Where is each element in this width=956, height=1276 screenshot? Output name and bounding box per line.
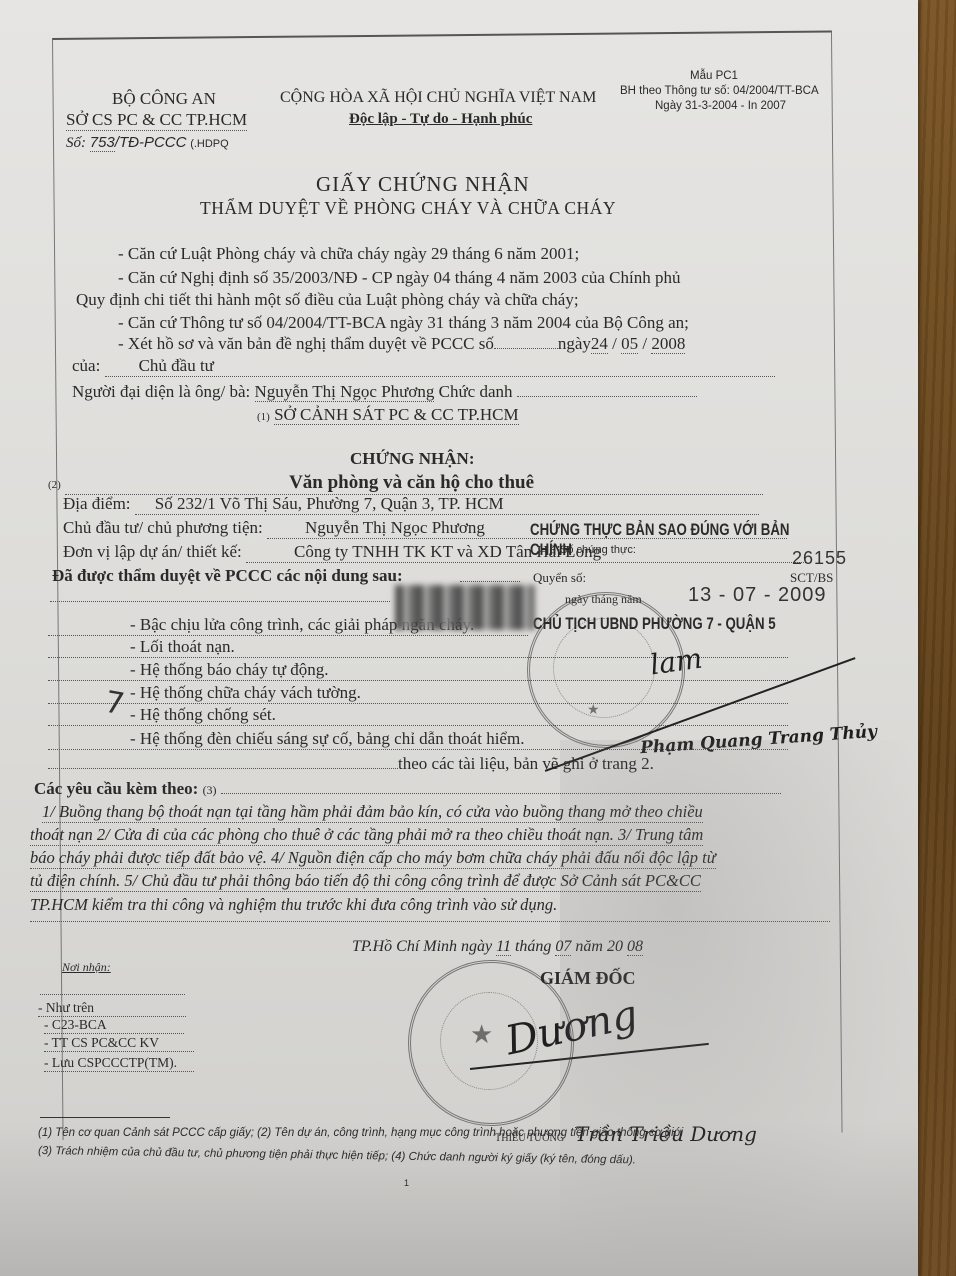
certificate-title: GIẤY CHỨNG NHẬN	[316, 172, 530, 197]
dossier-month: 05	[621, 334, 638, 354]
dotted-line	[460, 580, 520, 582]
republic-name: CỘNG HÒA XÃ HỘI CHỦ NGHĨA VIỆT NAM	[280, 89, 596, 107]
dossier-text: - Xét hồ sơ và văn bản đề nghị thẩm duyệ…	[118, 334, 494, 353]
notary-cert-label: Số chứng thực:	[560, 544, 636, 556]
date-label: ngày	[558, 334, 591, 353]
item-text: - Hệ thống chống sét.	[130, 705, 276, 724]
project-row: (2) Văn phòng và căn hộ cho thuê	[48, 472, 763, 495]
location-value: Số 232/1 Võ Thị Sáu, Phường 7, Quận 3, T…	[155, 494, 504, 513]
location-field: Số 232/1 Võ Thị Sáu, Phường 7, Quận 3, T…	[135, 494, 759, 515]
item-text: - Hệ thống chữa cháy vách tường.	[130, 683, 361, 702]
notary-date: 13 - 07 - 2009	[688, 584, 827, 607]
project-name: Văn phòng và căn hộ cho thuê	[289, 472, 534, 493]
requirement-line-5: TP.HCM kiểm tra thi công và nghiệm thu t…	[30, 895, 557, 915]
project-note: (2)	[48, 479, 61, 491]
certificate-document: BỘ CÔNG AN SỞ CS PC & CC TP.HCM Số: 753/…	[0, 0, 918, 1276]
number-label: Số:	[66, 135, 86, 151]
star-icon: ★	[470, 1020, 493, 1050]
ward-seal-inner	[553, 618, 655, 718]
of-label: của:	[72, 356, 100, 375]
representative-row: Người đại diện là ông/ bà: Nguyễn Thị Ng…	[72, 382, 697, 402]
recipient-1: - Như trên	[38, 1000, 186, 1017]
recipient-3: - TT CS PC&CC KV	[44, 1035, 194, 1052]
designer-label: Đơn vị lập dự án/ thiết kế:	[63, 542, 242, 561]
certificate-subtitle: THẨM DUYỆT VỀ PHÒNG CHÁY VÀ CHỮA CHÁY	[200, 198, 616, 219]
requirements-label: Các yêu cầu kèm theo:	[34, 779, 198, 798]
recipient-4: - Lưu CSPCCCTP(TM).	[44, 1055, 194, 1072]
rep-label: Người đại diện là ông/ bà:	[72, 382, 250, 401]
star-icon: ★	[587, 702, 600, 719]
number-note: (.HDPQ	[190, 138, 229, 150]
location-label: Địa điểm:	[63, 494, 131, 513]
approved-label: Đã được thẩm duyệt về PCCC các nội dung …	[52, 566, 403, 586]
ministry-name: BỘ CÔNG AN	[112, 89, 216, 109]
footnote-divider	[40, 1117, 170, 1118]
owner-label: Chủ đầu tư/ chủ phương tiện:	[63, 518, 263, 537]
department-name: SỞ CS PC & CC TP.HCM	[66, 110, 247, 131]
notary-cert-number: 26155	[792, 548, 847, 569]
dossier-year: 2008	[651, 334, 685, 354]
redacted-area	[395, 585, 535, 630]
legal-basis-3: Quy định chi tiết thi hành một số điều c…	[76, 290, 579, 310]
month-label: tháng	[515, 938, 551, 955]
location-row: Địa điểm: Số 232/1 Võ Thị Sáu, Phường 7,…	[63, 494, 759, 515]
issuing-authority: (1) SỞ CẢNH SÁT PC & CC TP.HCM	[257, 405, 519, 425]
item-text: - Hệ thống đèn chiếu sáng sự cố, bảng ch…	[130, 729, 524, 748]
place-date-label: TP.Hồ Chí Minh ngày	[352, 938, 492, 955]
form-basis: BH theo Thông tư số: 04/2004/TT-BCA	[620, 85, 819, 97]
of-value-field: Chủ đầu tư	[105, 356, 775, 377]
legal-basis-1: - Căn cứ Luật Phòng cháy và chữa cháy ng…	[118, 244, 579, 264]
of-value: Chủ đầu tư	[139, 356, 214, 375]
legal-basis-5: - Xét hồ sơ và văn bản đề nghị thẩm duyệ…	[118, 334, 685, 354]
item-text: - Lối thoát nạn.	[130, 637, 235, 656]
dotted-line	[50, 600, 390, 602]
form-code: Mẫu PC1	[690, 70, 738, 82]
dossier-day: 24	[591, 334, 608, 354]
position-label: Chức danh	[439, 382, 513, 401]
document-number: Số: 753/TĐ-PCCC (.HDPQ	[66, 134, 229, 152]
requirements-note: (3)	[203, 783, 217, 797]
rep-value: Nguyễn Thị Ngọc Phương	[255, 382, 435, 402]
notary-book-label: Quyển số:	[533, 570, 586, 586]
dotted-line	[40, 993, 185, 995]
legal-basis-2: - Căn cứ Nghị định số 35/2003/NĐ - CP ng…	[118, 268, 680, 288]
recipient-2: - C23-BCA	[44, 1017, 184, 1034]
number-value: 753	[90, 134, 115, 152]
issuer-note: (1)	[257, 411, 270, 423]
number-suffix: /TĐ-PCCC	[115, 134, 187, 151]
item-text: - Hệ thống báo cháy tự động.	[130, 660, 329, 679]
legal-basis-4: - Căn cứ Thông tư số 04/2004/TT-BCA ngày…	[118, 313, 689, 333]
certify-heading: CHỨNG NHẬN:	[350, 449, 475, 469]
form-date: Ngày 31-3-2004 - In 2007	[655, 100, 786, 112]
project-field: Văn phòng và căn hộ cho thuê	[65, 472, 763, 495]
owner-value: Nguyễn Thị Ngọc Phương	[305, 518, 485, 537]
issuer-name: SỞ CẢNH SÁT PC & CC TP.HCM	[274, 405, 519, 425]
shadow	[0, 1120, 918, 1276]
recipients-label: Nơi nhận:	[62, 960, 111, 975]
national-motto: Độc lập - Tự do - Hạnh phúc	[349, 111, 532, 128]
signing-day: 11	[496, 938, 511, 956]
applicant-of: của: Chủ đầu tư	[72, 356, 775, 377]
